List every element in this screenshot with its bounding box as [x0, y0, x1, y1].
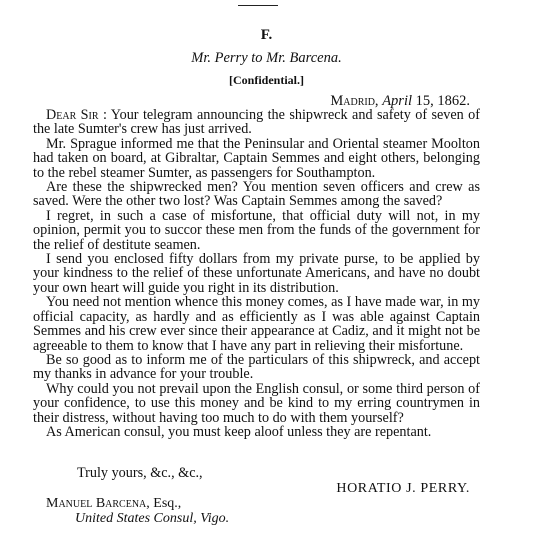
paragraph: As American consul, you must keep aloof …	[33, 425, 480, 439]
classification-label: [Confidential.]	[0, 73, 533, 88]
paragraph-salutation: Dear Sir : Your telegram announcing the …	[33, 108, 480, 137]
addressee-title: United States Consul, Vigo.	[75, 511, 229, 527]
addressee-name: Manuel Barcena	[46, 496, 146, 511]
letter-title: Mr. Perry to Mr. Barcena.	[0, 50, 533, 67]
paragraph: I regret, in such a case of misfortune, …	[33, 209, 480, 252]
addressee-line: Manuel Barcena, Esq.,	[46, 496, 181, 512]
paragraph-text: : Your telegram announcing the shipwreck…	[33, 107, 480, 137]
paragraph: Mr. Sprague informed me that the Peninsu…	[33, 137, 480, 180]
paragraph: Be so good as to inform me of the partic…	[33, 353, 480, 382]
signature: HORATIO J. PERRY.	[336, 481, 470, 497]
paragraph: I send you enclosed fifty dollars from m…	[33, 252, 480, 295]
section-letter: F.	[0, 27, 533, 44]
closing: Truly yours, &c., &c.,	[77, 465, 203, 482]
paragraph: Why could you not prevail upon the Engli…	[33, 382, 480, 425]
letter-body: Dear Sir : Your telegram announcing the …	[33, 108, 480, 439]
addressee-suffix: , Esq.,	[146, 496, 181, 511]
paragraph: Are these the shipwrecked men? You menti…	[33, 180, 480, 209]
paragraph: You need not mention whence this money c…	[33, 295, 480, 353]
top-rule-divider	[238, 5, 278, 6]
document-page: F. Mr. Perry to Mr. Barcena. [Confidenti…	[0, 0, 533, 539]
